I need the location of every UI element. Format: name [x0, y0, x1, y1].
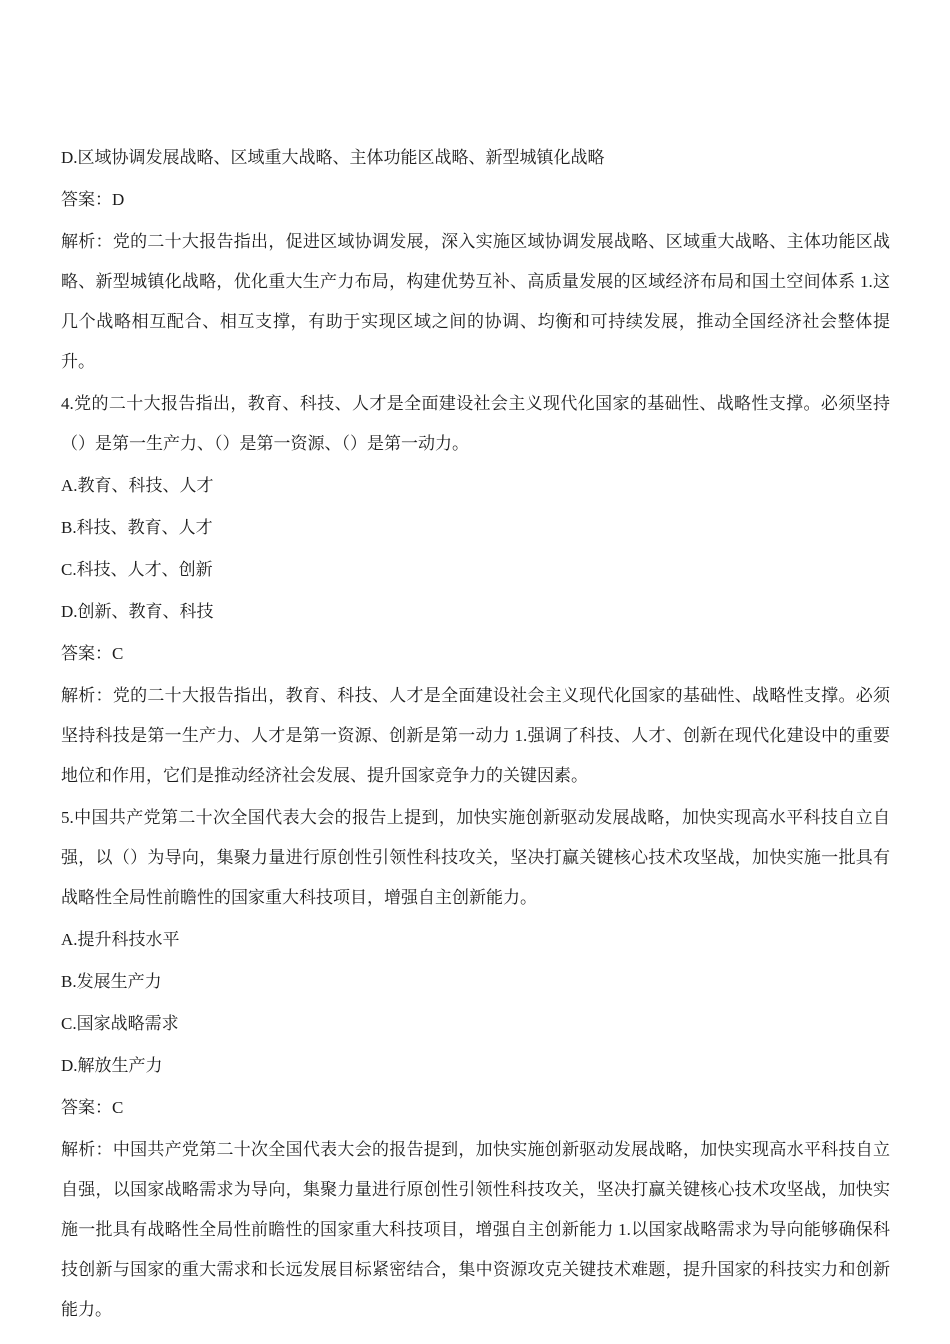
question-5-option-a: A.提升科技水平 — [61, 920, 890, 960]
question-5-answer: 答案：C — [61, 1088, 890, 1128]
question-4-option-a: A.教育、科技、人才 — [61, 466, 890, 506]
question-4-option-d: D.创新、教育、科技 — [61, 592, 890, 632]
question-4-answer: 答案：C — [61, 634, 890, 674]
question-3-answer: 答案：D — [61, 180, 890, 220]
question-5-option-c: C.国家战略需求 — [61, 1004, 890, 1044]
question-4-option-b: B.科技、教育、人才 — [61, 508, 890, 548]
question-5-stem: 5.中国共产党第二十次全国代表大会的报告上提到，加快实施创新驱动发展战略，加快实… — [61, 798, 890, 918]
question-3-explanation: 解析：党的二十大报告指出，促进区域协调发展，深入实施区域协调发展战略、区域重大战… — [61, 222, 890, 382]
question-4-option-c: C.科技、人才、创新 — [61, 550, 890, 590]
question-5-option-d: D.解放生产力 — [61, 1046, 890, 1086]
document-page: D.区域协调发展战略、区域重大战略、主体功能区战略、新型城镇化战略 答案：D 解… — [0, 0, 950, 1344]
question-4-explanation: 解析：党的二十大报告指出，教育、科技、人才是全面建设社会主义现代化国家的基础性、… — [61, 676, 890, 796]
question-5-explanation: 解析：中国共产党第二十次全国代表大会的报告提到，加快实施创新驱动发展战略，加快实… — [61, 1130, 890, 1330]
question-3-option-d: D.区域协调发展战略、区域重大战略、主体功能区战略、新型城镇化战略 — [61, 138, 890, 178]
question-5-option-b: B.发展生产力 — [61, 962, 890, 1002]
question-4-stem: 4.党的二十大报告指出，教育、科技、人才是全面建设社会主义现代化国家的基础性、战… — [61, 384, 890, 464]
